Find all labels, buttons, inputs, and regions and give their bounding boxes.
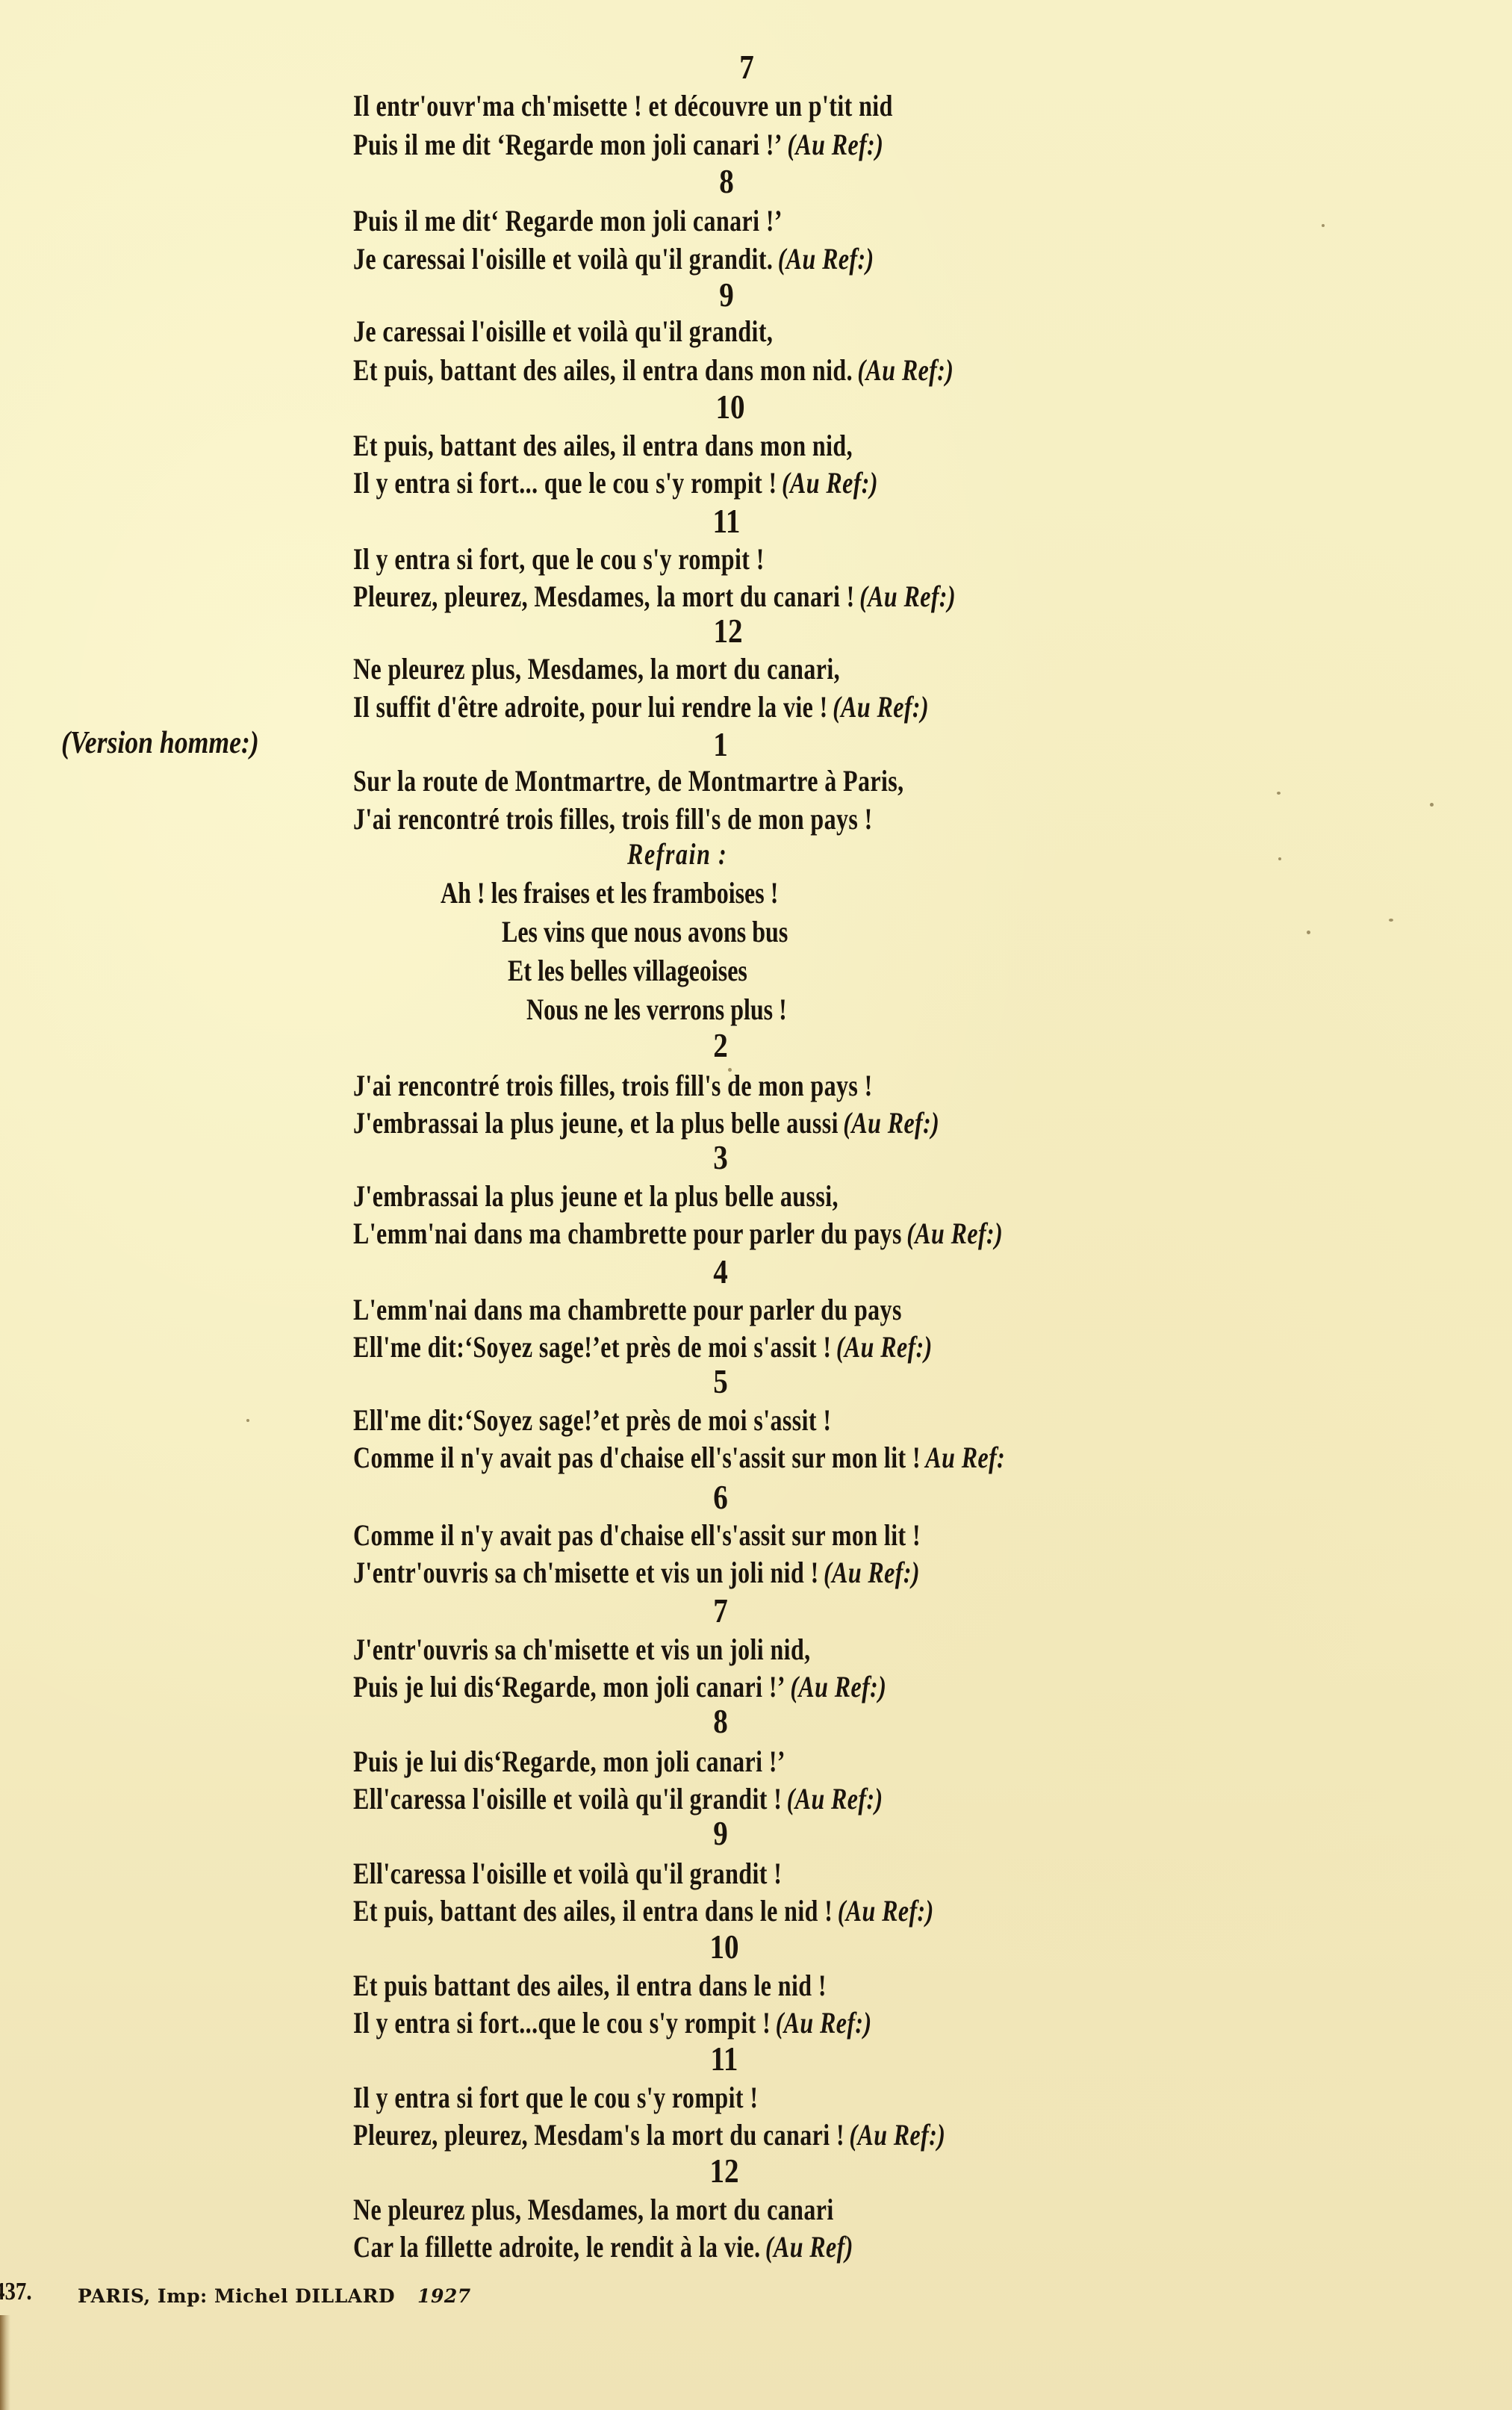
refrain-cue: (Au Ref:) xyxy=(906,1217,1003,1250)
verse-line: Il y entra si fort... que le cou s'y rom… xyxy=(353,465,878,501)
refrain-cue: (Au Ref) xyxy=(765,2230,853,2264)
refrain-cue: (Au Ref:) xyxy=(790,1670,886,1704)
verse-line: Car la fillette adroite, le rendit à la … xyxy=(353,2229,853,2265)
refrain-cue: (Au Ref:) xyxy=(836,1330,933,1364)
verse-line: Sur la route de Montmartre, de Montmartr… xyxy=(353,763,903,799)
verse-number: 7 xyxy=(682,1592,759,1630)
refrain-cue: (Au Ref:) xyxy=(787,128,883,161)
version-label: (Version homme:) xyxy=(61,724,259,762)
verse-line: Et puis, battant des ailes, il entra dan… xyxy=(353,428,853,464)
verse-number: 12 xyxy=(686,2152,762,2190)
verse-line: Ell'me dit:‘Soyez sage!’et près de moi s… xyxy=(353,1329,933,1365)
paper-speck xyxy=(246,1419,249,1422)
verse-line: Pleurez, pleurez, Mesdam's la mort du ca… xyxy=(353,2117,945,2153)
paper-speck xyxy=(1277,792,1281,795)
verse-line: Ell'caressa l'oisille et voilà qu'il gra… xyxy=(353,1856,782,1892)
verse-number: 11 xyxy=(688,503,765,540)
refrain-line: Les vins que nous avons bus xyxy=(502,914,788,950)
verse-number: 2 xyxy=(682,1027,759,1064)
verse-line: Puis il me dit ‘Regarde mon joli canari … xyxy=(353,127,883,163)
printer-imprint: PARIS, Imp: Michel DILLARD1927 xyxy=(78,2285,471,2307)
verse-line: Il y entra si fort...que le cou s'y romp… xyxy=(353,2005,872,2041)
refrain-line: Et les belles villageoises xyxy=(508,953,747,989)
verse-line: Je caressai l'oisille et voilà qu'il gra… xyxy=(353,241,874,277)
paper-speck xyxy=(1430,803,1434,807)
refrain-line: Nous ne les verrons plus ! xyxy=(526,992,787,1028)
verse-line: Comme il n'y avait pas d'chaise ell's'as… xyxy=(353,1440,1005,1476)
verse-number: 11 xyxy=(686,2040,762,2078)
verse-line: Et puis, battant des ailes, il entra dan… xyxy=(353,1893,934,1929)
verse-line: J'ai rencontré trois filles, trois fill'… xyxy=(353,801,873,837)
refrain-cue: (Au Ref:) xyxy=(824,1556,920,1589)
verse-line: Ne pleurez plus, Mesdames, la mort du ca… xyxy=(353,2192,834,2228)
refrain-cue: (Au Ref:) xyxy=(778,242,874,276)
verse-number: 3 xyxy=(682,1139,759,1176)
verse-line: Et puis battant des ailes, il entra dans… xyxy=(353,1968,827,2004)
refrain-cue: (Au Ref:) xyxy=(857,353,953,387)
verse-number: 5 xyxy=(682,1363,759,1400)
verse-line: Il entr'ouvr'ma ch'misette ! et découvre… xyxy=(353,88,893,124)
refrain-line: Ah ! les fraises et les framboises ! xyxy=(441,875,778,911)
verse-number: 10 xyxy=(692,388,768,426)
song-sheet-page: 7 Il entr'ouvr'ma ch'misette ! et découv… xyxy=(0,0,1512,2410)
verse-line: Il suffit d'être adroite, pour lui rendr… xyxy=(353,689,929,725)
verse-line: Il y entra si fort, que le cou s'y rompi… xyxy=(353,541,765,577)
print-year: 1927 xyxy=(417,2285,471,2307)
verse-line: Ne pleurez plus, Mesdames, la mort du ca… xyxy=(353,651,840,687)
paper-speck xyxy=(1322,224,1325,227)
verse-line: Ell'me dit:‘Soyez sage!’et près de moi s… xyxy=(353,1403,831,1438)
verse-number: 9 xyxy=(688,276,765,314)
verse-number: 12 xyxy=(690,612,766,650)
verse-line: L'emm'nai dans ma chambrette pour parler… xyxy=(353,1292,902,1328)
verse-number: 4 xyxy=(682,1253,759,1291)
paper-speck xyxy=(1278,857,1281,860)
refrain-title: Refrain : xyxy=(627,836,727,872)
verse-line: Et puis, battant des ailes, il entra dan… xyxy=(353,353,953,388)
refrain-cue: (Au Ref:) xyxy=(782,466,878,500)
verse-line: Je caressai l'oisille et voilà qu'il gra… xyxy=(353,314,773,350)
verse-line: Puis je lui dis‘Regarde, mon joli canari… xyxy=(353,1669,886,1705)
verse-line: J'ai rencontré trois filles, trois fill'… xyxy=(353,1068,873,1104)
refrain-cue: (Au Ref:) xyxy=(787,1782,883,1816)
refrain-cue: (Au Ref:) xyxy=(843,1106,939,1140)
verse-line: Il y entra si fort que le cou s'y rompit… xyxy=(353,2080,758,2116)
refrain-cue: (Au Ref:) xyxy=(859,580,956,613)
verse-number: 8 xyxy=(682,1703,759,1740)
refrain-cue: Au Ref: xyxy=(925,1441,1005,1474)
refrain-cue: (Au Ref:) xyxy=(776,2006,872,2040)
paper-edge-stain xyxy=(0,2315,10,2410)
verse-line: J'entr'ouvris sa ch'misette et vis un jo… xyxy=(353,1555,920,1591)
refrain-cue: (Au Ref:) xyxy=(833,690,929,724)
catalog-number: 437. xyxy=(0,2278,32,2306)
verse-line: Comme il n'y avait pas d'chaise ell's'as… xyxy=(353,1518,921,1553)
verse-line: Puis je lui dis‘Regarde, mon joli canari… xyxy=(353,1744,785,1780)
verse-line: Puis il me dit‘ Regarde mon joli canari … xyxy=(353,203,783,239)
paper-speck xyxy=(728,1068,732,1072)
verse-line: Ell'caressa l'oisille et voilà qu'il gra… xyxy=(353,1781,883,1817)
refrain-cue: (Au Ref:) xyxy=(849,2118,945,2152)
verse-number: 7 xyxy=(709,49,785,86)
verse-number: 8 xyxy=(688,163,765,200)
verse-line: Pleurez, pleurez, Mesdames, la mort du c… xyxy=(353,579,956,615)
verse-number: 6 xyxy=(682,1479,759,1516)
verse-line: J'embrassai la plus jeune, et la plus be… xyxy=(353,1105,939,1141)
verse-number: 1 xyxy=(682,726,759,763)
refrain-cue: (Au Ref:) xyxy=(838,1894,934,1928)
verse-line: J'entr'ouvris sa ch'misette et vis un jo… xyxy=(353,1632,811,1668)
verse-number: 9 xyxy=(682,1815,759,1852)
verse-line: J'embrassai la plus jeune et la plus bel… xyxy=(353,1178,839,1214)
verse-line: L'emm'nai dans ma chambrette pour parler… xyxy=(353,1216,1003,1252)
paper-speck xyxy=(1389,919,1393,922)
verse-number: 10 xyxy=(686,1928,762,1966)
paper-speck xyxy=(1307,931,1310,934)
